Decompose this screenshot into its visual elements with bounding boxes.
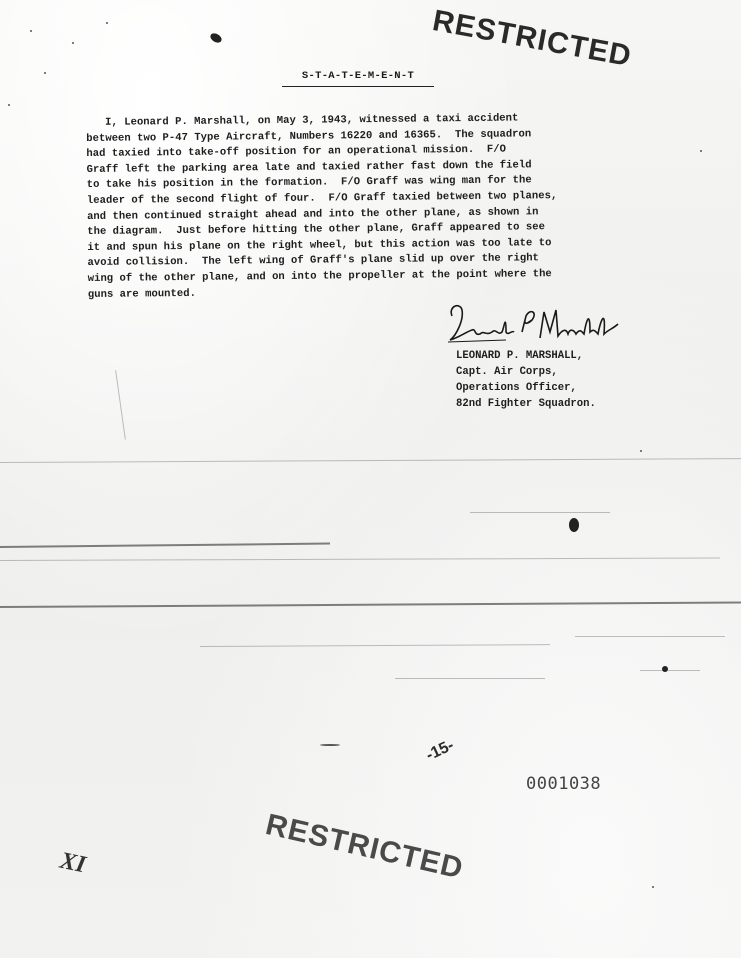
speck: [700, 150, 702, 152]
speck: [106, 22, 108, 24]
ink-blot: [569, 518, 579, 532]
speck: [30, 30, 32, 32]
speck: [640, 450, 642, 452]
signer-name: LEONARD P. MARSHALL,: [456, 348, 596, 364]
paper-scratch: [470, 512, 610, 513]
signer-unit: 82nd Fighter Squadron.: [456, 396, 596, 412]
statement-body: I, Leonard P. Marshall, on May 3, 1943, …: [86, 110, 678, 303]
handwritten-signature: [446, 302, 626, 346]
speck: [72, 42, 74, 44]
signature-block: LEONARD P. MARSHALL, Capt. Air Corps, Op…: [456, 348, 596, 412]
document-title: S-T-A-T-E-M-E-N-T: [282, 70, 434, 87]
speck: [44, 72, 46, 74]
speck: [652, 886, 654, 888]
speck: [8, 104, 10, 106]
signer-title: Operations Officer,: [456, 380, 596, 396]
paper-scratch: [395, 678, 545, 679]
speck: [320, 744, 340, 746]
paper-scratch: [640, 670, 700, 671]
ink-blot: [662, 666, 668, 672]
document-number: 0001038: [526, 774, 601, 794]
paper-scratch: [575, 636, 725, 637]
signer-rank: Capt. Air Corps,: [456, 364, 596, 380]
